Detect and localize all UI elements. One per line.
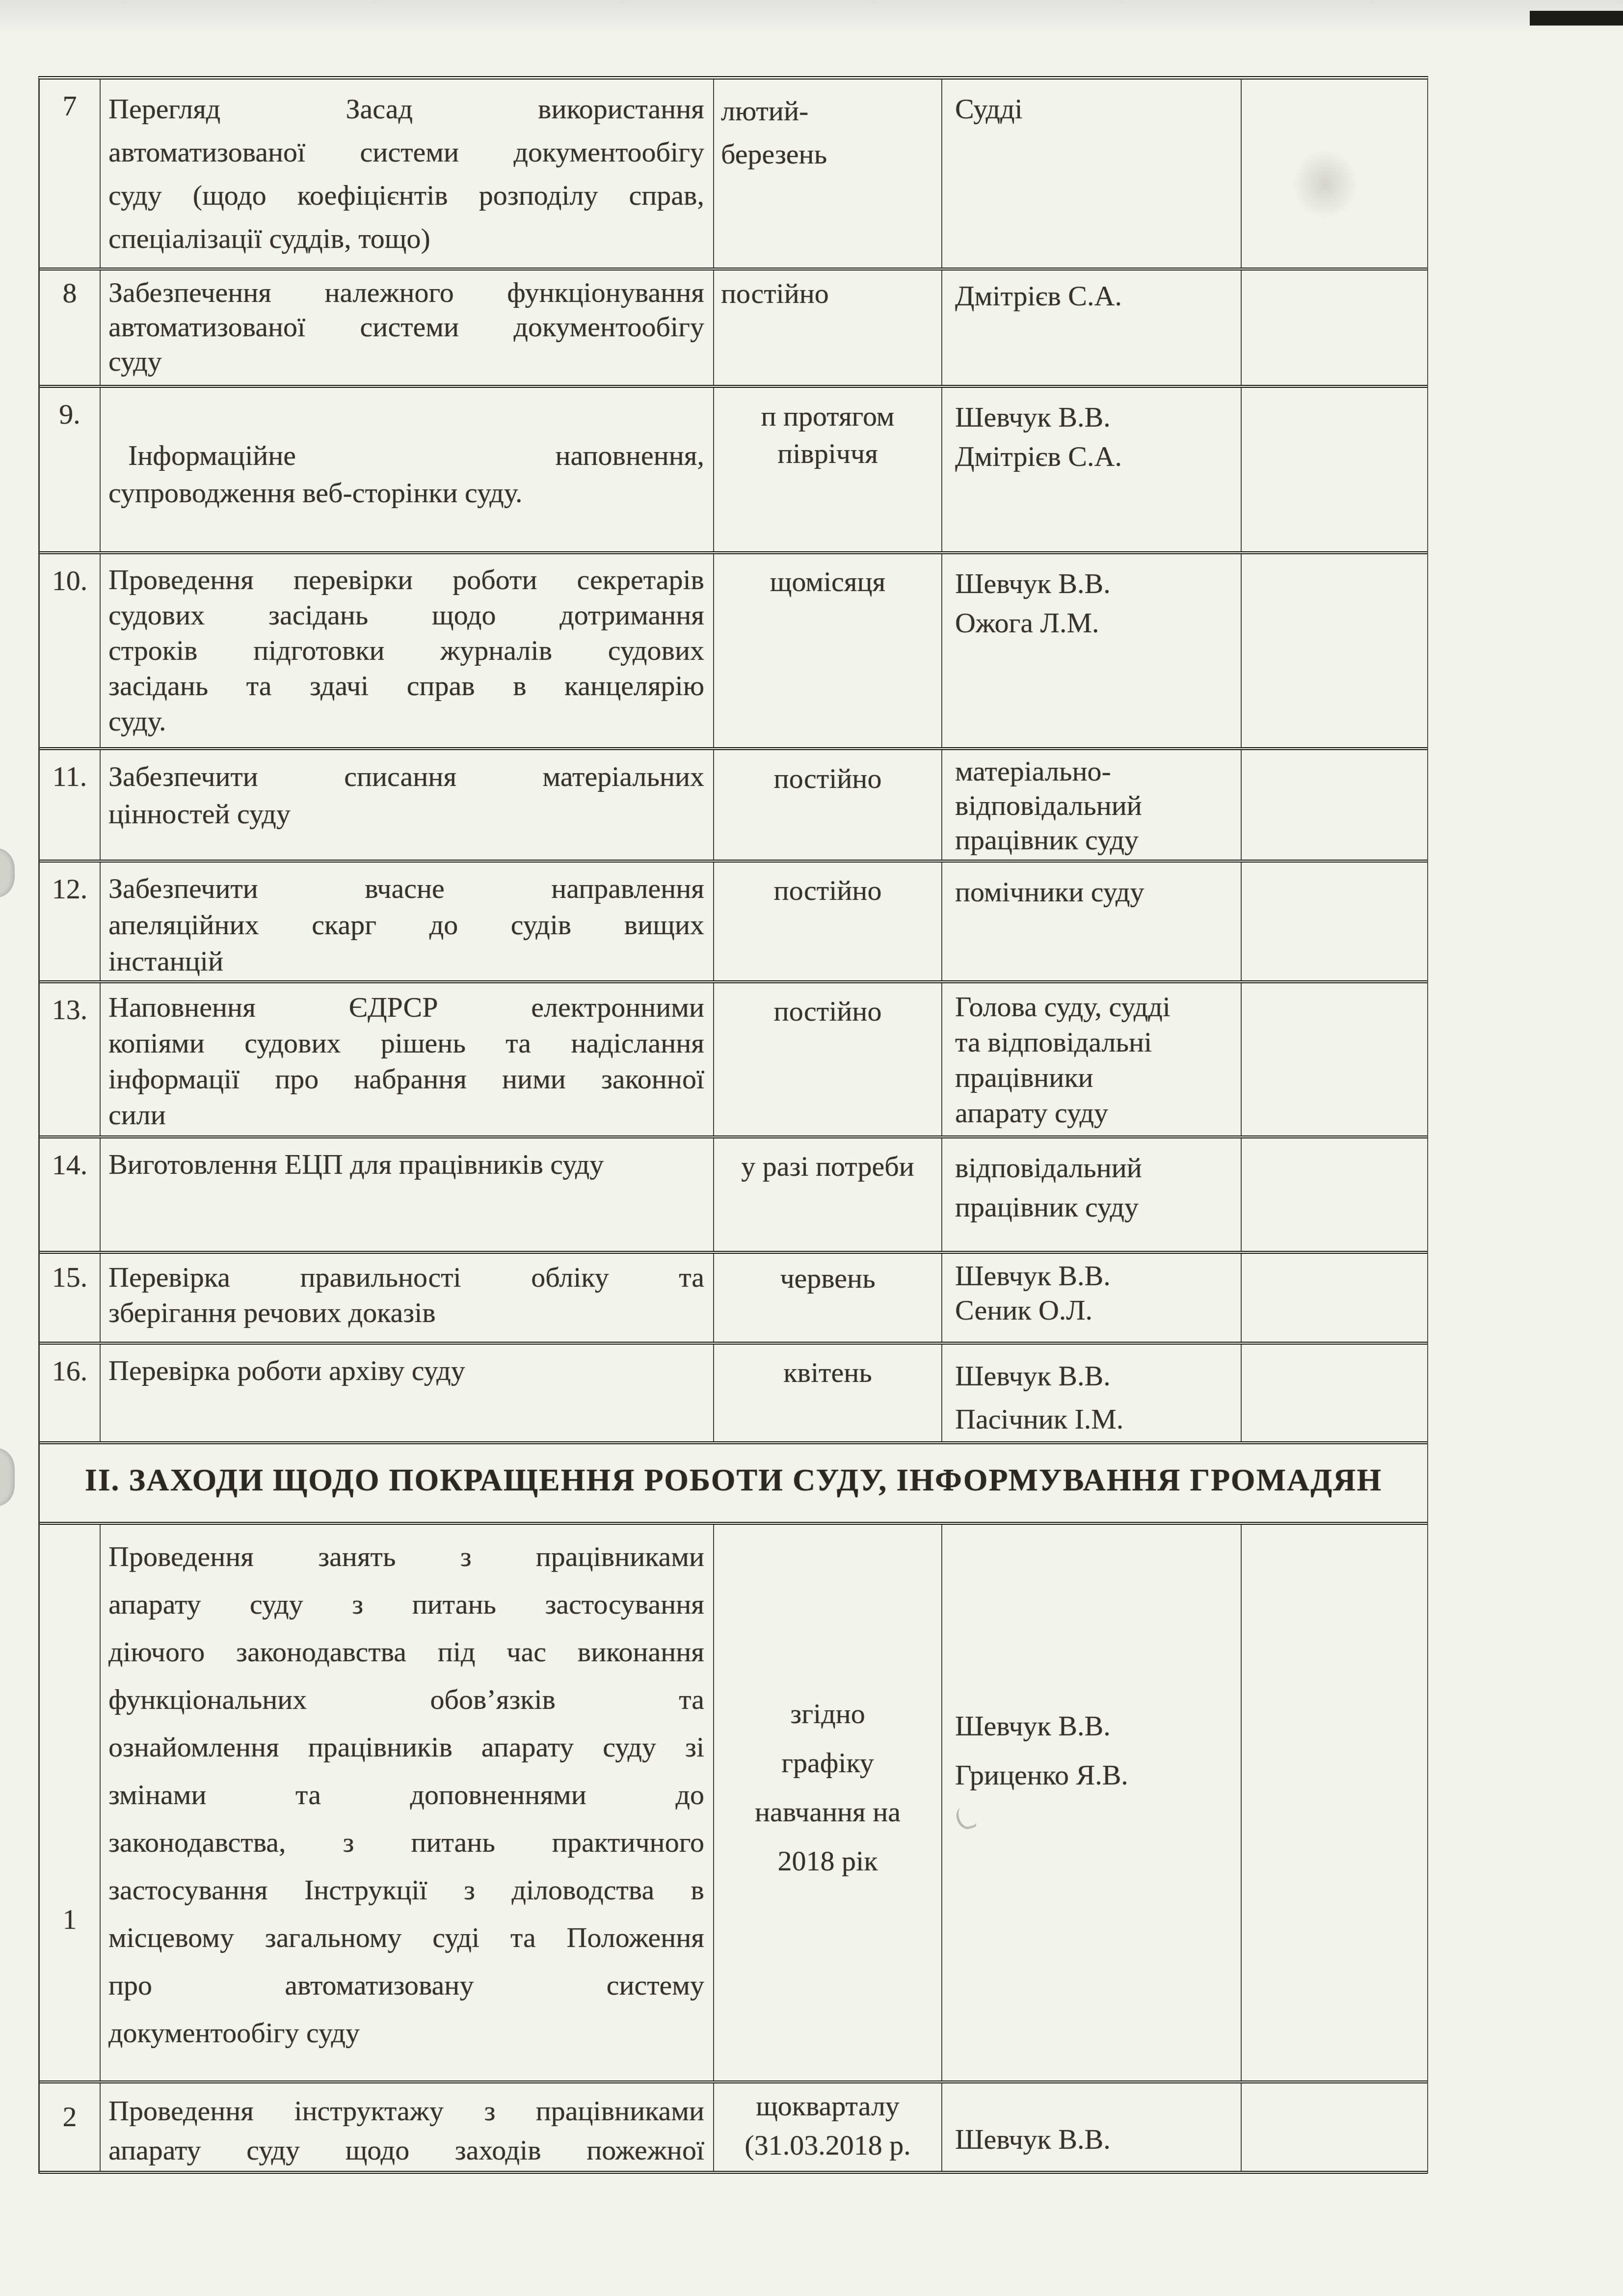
responsible-cell: Шевчук В.В.Ожога Л.М. xyxy=(941,554,1241,747)
task-cell: Перевірка правильності обліку тазберіган… xyxy=(100,1254,713,1342)
row-number-cell: 10. xyxy=(40,554,100,747)
term-line: у разі потреби xyxy=(714,1148,941,1184)
notes-cell xyxy=(1241,554,1427,747)
task-line: Проведення занять з працівниками xyxy=(108,1533,704,1580)
responsible-line: відповідальний xyxy=(955,788,1235,823)
task-line: інформації про набрання ними законної xyxy=(108,1061,704,1097)
task-line: змінами та доповненнями до xyxy=(108,1771,704,1818)
task-line: судових засідань щодо дотримання xyxy=(108,597,704,633)
task-line: функціональних обов’язків та xyxy=(108,1675,704,1723)
task-cell: Перевірка роботи архіву суду xyxy=(100,1345,713,1441)
task-cell: Проведення інструктажу з працівникамиапа… xyxy=(100,2083,713,2171)
term-cell: щокварталу(31.03.2018 р. xyxy=(713,2083,941,2171)
term-line: постійно xyxy=(714,993,941,1029)
hole-punch-mark xyxy=(0,848,15,897)
responsible-line: Шевчук В.В. xyxy=(955,1354,1235,1398)
notes-cell xyxy=(1241,1254,1427,1342)
task-line: автоматизованої системи документообігу xyxy=(108,310,704,344)
term-cell: згіднографікунавчання на2018 рік xyxy=(713,1525,941,2080)
task-cell: Перегляд Засад використанняавтоматизован… xyxy=(100,80,713,268)
responsible-line: Пасічник І.М. xyxy=(955,1398,1235,1441)
term-line: п протягом xyxy=(714,398,941,435)
table-row: 14.Виготовлення ЕЦП для працівників суду… xyxy=(40,1138,1427,1254)
table-row: 9.Інформаційне наповнення,супроводження … xyxy=(40,388,1427,554)
term-line: лютий- xyxy=(714,89,941,133)
responsible-line: Судді xyxy=(955,89,1235,129)
term-line: щокварталу xyxy=(714,2086,941,2126)
responsible-cell: помічники суду xyxy=(941,863,1241,980)
responsible-line: та відповідальні xyxy=(955,1025,1235,1060)
table-row: 8Забезпечення належного функціонуванняав… xyxy=(40,270,1427,388)
table-row: 12.Забезпечити вчасне направленняапеляці… xyxy=(40,863,1427,983)
responsible-cell: матеріально-відповідальнийпрацівник суду xyxy=(941,750,1241,860)
term-cell: червень xyxy=(713,1254,941,1342)
term-line: постійно xyxy=(714,760,941,797)
task-line: документообігу суду xyxy=(108,2009,704,2056)
hole-punch-mark xyxy=(0,1448,15,1506)
task-line: зберігання речових доказів xyxy=(108,1295,704,1330)
term-line: півріччя xyxy=(714,435,941,472)
task-line: Перегляд Засад використання xyxy=(108,87,704,131)
table-row: 2Проведення інструктажу з працівникамиап… xyxy=(40,2083,1427,2174)
term-cell: щомісяця xyxy=(713,554,941,747)
scan-artifact-top-bar xyxy=(1530,11,1623,26)
term-line: графіку xyxy=(714,1738,941,1787)
task-line: Наповнення ЄДРСР електронними xyxy=(108,989,704,1025)
term-line: згідно xyxy=(714,1689,941,1738)
responsible-line: Шевчук В.В. xyxy=(955,1702,1235,1751)
responsible-line: Шевчук В.В. xyxy=(955,398,1235,437)
table-row: 15.Перевірка правильності обліку тазбері… xyxy=(40,1254,1427,1345)
task-line: копіями судових рішень та надіслання xyxy=(108,1025,704,1061)
term-cell: постійно xyxy=(713,750,941,860)
term-line: 2018 рік xyxy=(714,1837,941,1886)
section-2-title: ІІ. ЗАХОДИ ЩОДО ПОКРАЩЕННЯ РОБОТИ СУДУ, … xyxy=(40,1444,1427,1498)
row-number-cell: 1 xyxy=(40,1525,100,2080)
responsible-cell: Шевчук В.В.Гриценко Я.В. xyxy=(941,1525,1241,2080)
responsible-line: працівник суду xyxy=(955,1188,1235,1227)
responsible-cell: Дмітрієв С.А. xyxy=(941,270,1241,385)
task-line: Забезпечення належного функціонування xyxy=(108,275,704,310)
row-number-cell: 2 xyxy=(40,2083,100,2171)
term-cell: у разі потреби xyxy=(713,1138,941,1251)
row-number-cell: 13. xyxy=(40,983,100,1135)
task-line: Перевірка роботи архіву суду xyxy=(108,1352,704,1388)
responsible-line: Шевчук В.В. xyxy=(955,564,1235,603)
term-line: постійно xyxy=(714,872,941,909)
task-line: застосування Інструкції з діловодства в xyxy=(108,1866,704,1914)
responsible-line: Дмітрієв С.А. xyxy=(955,276,1235,316)
responsible-cell: Шевчук В.В.Дмітрієв С.А. xyxy=(941,388,1241,551)
responsible-line: Дмітрієв С.А. xyxy=(955,437,1235,476)
notes-cell xyxy=(1241,750,1427,860)
row-number-cell: 16. xyxy=(40,1345,100,1441)
row-number-cell: 12. xyxy=(40,863,100,980)
responsible-line: Голова суду, судді xyxy=(955,989,1235,1025)
responsible-cell: Шевчук В.В.Сеник О.Л. xyxy=(941,1254,1241,1342)
responsible-line: Шевчук В.В. xyxy=(955,2120,1235,2159)
term-cell: постійно xyxy=(713,270,941,385)
responsible-line: працівники xyxy=(955,1060,1235,1095)
task-line: законодавства, з питань практичного xyxy=(108,1818,704,1866)
notes-cell xyxy=(1241,270,1427,385)
task-cell: Наповнення ЄДРСР електроннимикопіями суд… xyxy=(100,983,713,1135)
responsible-line: працівник суду xyxy=(955,823,1235,857)
notes-cell xyxy=(1241,1138,1427,1251)
task-line: Забезпечити списання матеріальних xyxy=(108,758,704,795)
responsible-line: помічники суду xyxy=(955,872,1235,912)
responsible-cell: Шевчук В.В. xyxy=(941,2083,1241,2171)
task-line: Проведення перевірки роботи секретарів xyxy=(108,562,704,597)
notes-cell xyxy=(1241,1525,1427,2080)
notes-cell xyxy=(1241,983,1427,1135)
responsible-cell: відповідальнийпрацівник суду xyxy=(941,1138,1241,1251)
scanned-court-work-plan-page: 7Перегляд Засад використанняавтоматизова… xyxy=(0,0,1623,2296)
task-line: спеціалізації суддів, тощо) xyxy=(108,217,704,260)
task-line: апеляційних скарг до судів вищих xyxy=(108,907,704,943)
responsible-line: Гриценко Я.В. xyxy=(955,1751,1235,1800)
table-row: 11.Забезпечити списання матеріальнихцінн… xyxy=(40,750,1427,863)
task-line: засідань та здачі справ в канцелярію xyxy=(108,668,704,703)
table-row: 1Проведення занять з працівникамиапарату… xyxy=(40,1525,1427,2083)
term-cell: квітень xyxy=(713,1345,941,1441)
responsible-cell: Голова суду, суддіта відповідальніпраців… xyxy=(941,983,1241,1135)
row-number-cell: 14. xyxy=(40,1138,100,1251)
term-line: навчання на xyxy=(714,1787,941,1837)
section-header-row: ІІ. ЗАХОДИ ЩОДО ПОКРАЩЕННЯ РОБОТИ СУДУ, … xyxy=(40,1444,1427,1525)
term-line: квітень xyxy=(714,1354,941,1390)
term-line: червень xyxy=(714,1261,941,1296)
term-cell: постійно xyxy=(713,983,941,1135)
task-line: супроводження веб-сторінки суду. xyxy=(108,474,704,512)
task-line: цінностей суду xyxy=(108,795,704,833)
task-line: Забезпечити вчасне направлення xyxy=(108,870,704,907)
responsible-line: Сеник О.Л. xyxy=(955,1293,1235,1327)
task-line: Інформаційне наповнення, xyxy=(108,437,704,474)
task-line: апарату суду щодо заходів пожежної xyxy=(108,2131,704,2170)
task-line: місцевому загальному суді та Положення xyxy=(108,1914,704,1961)
responsible-cell: Шевчук В.В.Пасічник І.М. xyxy=(941,1345,1241,1441)
task-line: діючого законодавства під час виконання xyxy=(108,1628,704,1675)
task-cell: Виготовлення ЕЦП для працівників суду xyxy=(100,1138,713,1251)
notes-cell xyxy=(1241,863,1427,980)
task-line: про автоматизовану систему xyxy=(108,1961,704,2009)
table-row: 13.Наповнення ЄДРСР електроннимикопіями … xyxy=(40,983,1427,1138)
notes-cell xyxy=(1241,2083,1427,2171)
task-cell: Проведення перевірки роботи секретарівсу… xyxy=(100,554,713,747)
task-line: суду. xyxy=(108,703,704,739)
table-row: 16.Перевірка роботи архіву судуквітеньШе… xyxy=(40,1345,1427,1444)
row-number-cell: 15. xyxy=(40,1254,100,1342)
work-plan-table: 7Перегляд Засад використанняавтоматизова… xyxy=(38,76,1428,2174)
task-line: апарату суду з питань застосування xyxy=(108,1580,704,1628)
responsible-line: відповідальний xyxy=(955,1148,1235,1188)
row-number-cell: 8 xyxy=(40,270,100,385)
task-line: інстанцій xyxy=(108,943,704,979)
responsible-line: матеріально- xyxy=(955,754,1235,788)
task-cell: Забезпечити вчасне направленняапеляційни… xyxy=(100,863,713,980)
row-number-cell: 7 xyxy=(40,80,100,268)
task-line: Виготовлення ЕЦП для працівників суду xyxy=(108,1146,704,1182)
term-line: березень xyxy=(714,133,941,176)
notes-cell xyxy=(1241,80,1427,268)
term-line: постійно xyxy=(714,276,941,311)
task-line: суду (щодо коефіцієнтів розподілу справ, xyxy=(108,174,704,217)
term-cell: постійно xyxy=(713,863,941,980)
task-line: строків підготовки журналів судових xyxy=(108,633,704,668)
term-cell: п протягомпівріччя xyxy=(713,388,941,551)
table-row: 10.Проведення перевірки роботи секретарі… xyxy=(40,554,1427,750)
task-line: автоматизованої системи документообігу xyxy=(108,131,704,174)
task-cell: Забезпечити списання матеріальнихцінност… xyxy=(100,750,713,860)
notes-cell xyxy=(1241,388,1427,551)
task-line: суду xyxy=(108,344,704,378)
row-number-cell: 9. xyxy=(40,388,100,551)
term-cell: лютий-березень xyxy=(713,80,941,268)
table-row: 7Перегляд Засад використанняавтоматизова… xyxy=(40,80,1427,270)
notes-cell xyxy=(1241,1345,1427,1441)
task-cell: Забезпечення належного функціонуванняавт… xyxy=(100,270,713,385)
task-cell: Інформаційне наповнення,супроводження ве… xyxy=(100,388,713,551)
task-line: Проведення інструктажу з працівниками xyxy=(108,2091,704,2131)
term-line: щомісяця xyxy=(714,564,941,599)
task-line: Перевірка правильності обліку та xyxy=(108,1260,704,1295)
responsible-cell: Судді xyxy=(941,80,1241,268)
responsible-line: апарату суду xyxy=(955,1095,1235,1131)
term-line: (31.03.2018 р. xyxy=(714,2126,941,2165)
task-cell: Проведення занять з працівникамиапарату … xyxy=(100,1525,713,2080)
task-line: ознайомлення працівників апарату суду зі xyxy=(108,1723,704,1771)
task-line: сили xyxy=(108,1097,704,1133)
row-number-cell: 11. xyxy=(40,750,100,860)
responsible-line: Ожога Л.М. xyxy=(955,603,1235,643)
responsible-line: Шевчук В.В. xyxy=(955,1259,1235,1293)
